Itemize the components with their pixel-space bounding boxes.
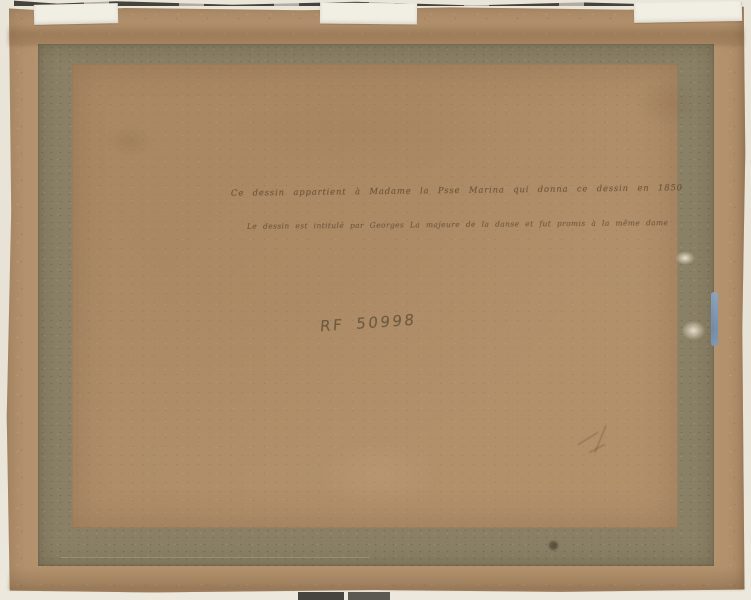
tape-tab-right [634, 1, 742, 23]
blue-tape-mark [711, 292, 718, 346]
tape-tab-left [34, 3, 118, 25]
tape-tab-center [320, 2, 417, 24]
board-fold-shadow-bottom [8, 568, 744, 590]
backing-paper [72, 64, 678, 528]
artwork-verso-photograph: Ce dessin appartient à Madame la Psse Ma… [0, 0, 751, 600]
mat-crease-line [60, 557, 370, 558]
scale-bar-segment-dark [298, 592, 344, 600]
scale-bar-segment-light [348, 592, 390, 600]
board-fold-shadow-top [8, 24, 744, 46]
